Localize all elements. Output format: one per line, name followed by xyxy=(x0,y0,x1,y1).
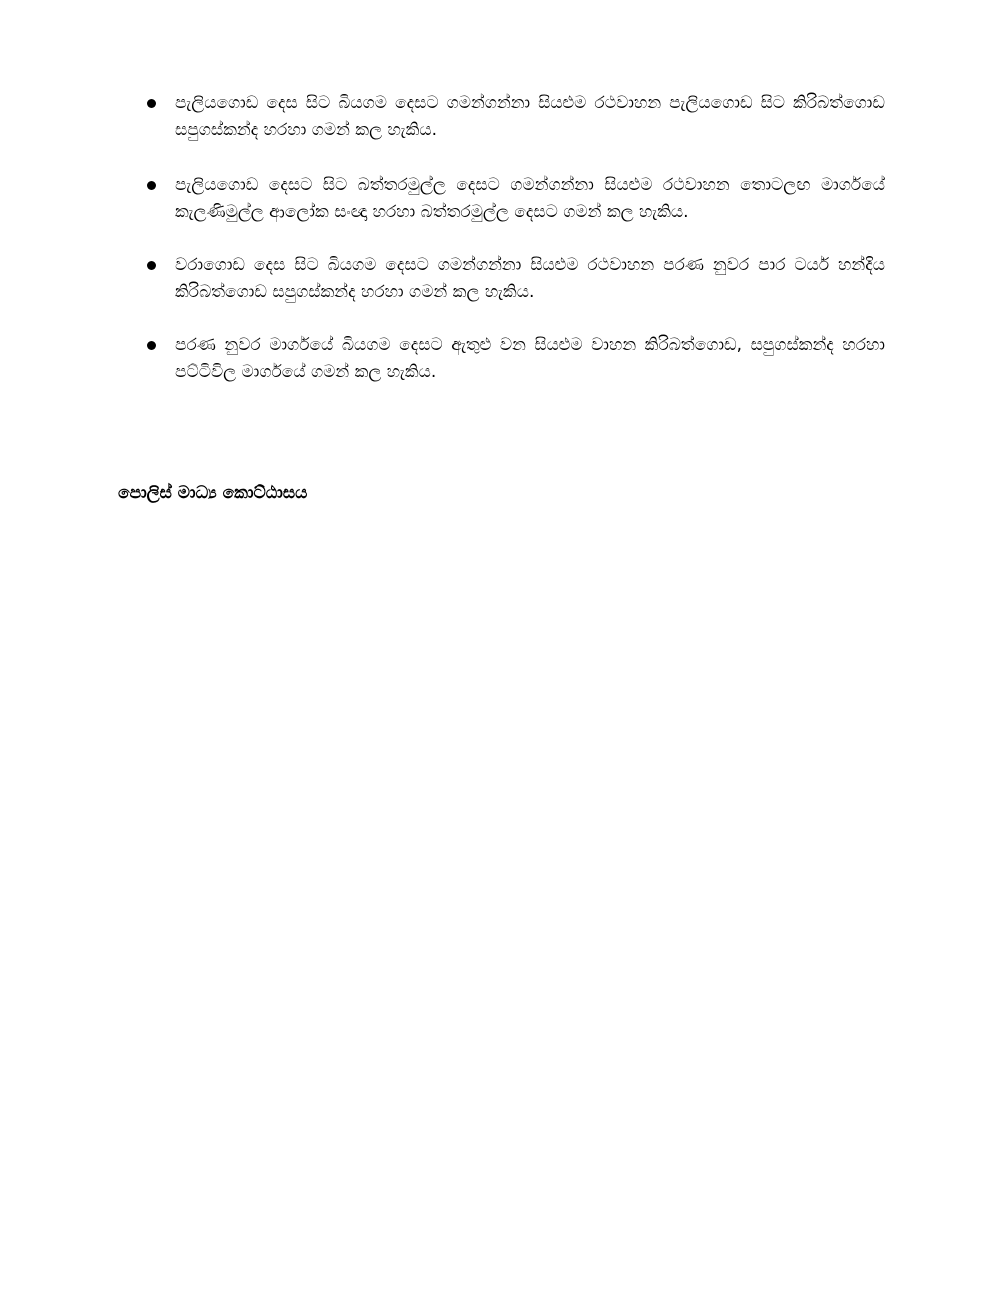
list-item: පැලියගොඩ දෙසට සිට බත්තරමුල්ල දෙසට ගමන්ගන… xyxy=(145,172,885,226)
signature-police-media-division: පොලිස් මාධ්‍ය කොට්ඨාසය xyxy=(118,480,307,507)
bullet-dot-icon xyxy=(147,181,156,190)
list-item-text: පරණ නුවර මාර්ගයේ බියගම දෙසට ඇතුළු වන සිය… xyxy=(175,332,885,386)
list-item-text: පැලියගොඩ දෙසට සිට බත්තරමුල්ල දෙසට ගමන්ගන… xyxy=(175,172,885,226)
document-page: පැලියගොඩ දෙස සිට බියගම දෙසට ගමන්ගන්නා සි… xyxy=(0,0,1000,1294)
bullet-dot-icon xyxy=(147,341,156,350)
bullet-dot-icon xyxy=(147,261,156,270)
bullet-dot-icon xyxy=(147,99,156,108)
list-item: වරාගොඩ දෙස සිට බියගම දෙසට ගමන්ගන්නා සියළ… xyxy=(145,252,885,306)
traffic-diversion-list: පැලියගොඩ දෙස සිට බියගම දෙසට ගමන්ගන්නා සි… xyxy=(145,90,885,414)
list-item: පැලියගොඩ දෙස සිට බියගම දෙසට ගමන්ගන්නා සි… xyxy=(145,90,885,144)
list-item-text: වරාගොඩ දෙස සිට බියගම දෙසට ගමන්ගන්නා සියළ… xyxy=(175,252,885,306)
list-item: පරණ නුවර මාර්ගයේ බියගම දෙසට ඇතුළු වන සිය… xyxy=(145,332,885,386)
list-item-text: පැලියගොඩ දෙස සිට බියගම දෙසට ගමන්ගන්නා සි… xyxy=(175,90,885,144)
